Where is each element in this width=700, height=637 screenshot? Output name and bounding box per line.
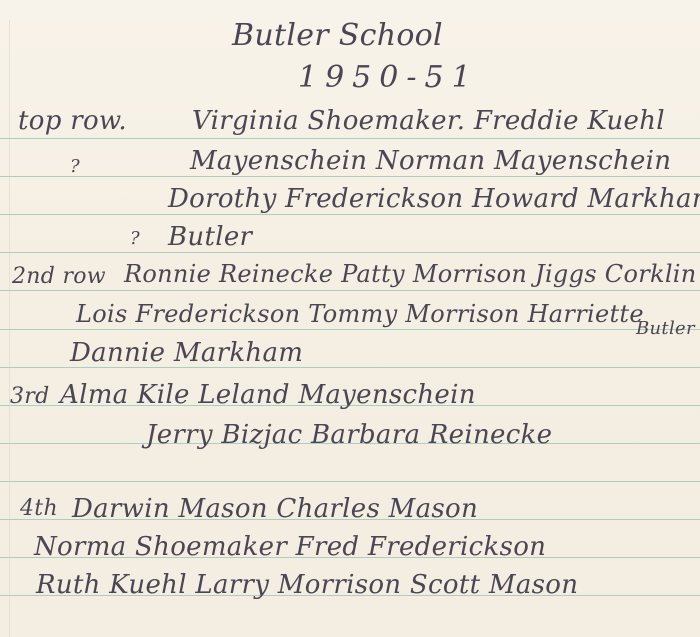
unknown-mark: ? [70, 156, 80, 177]
name-line: Norma Shoemaker Fred Frederickson [34, 532, 546, 562]
row-label-3rd: 3rd [10, 384, 50, 409]
row-label-2nd: 2nd row [12, 264, 106, 289]
document-title: Butler School [232, 18, 443, 53]
margin-annotation: Butler [636, 318, 695, 339]
name-line: Alma Kile Leland Mayenschein [60, 380, 476, 410]
name-line: Butler [168, 222, 252, 252]
school-year: 1950-51 [298, 60, 479, 95]
name-line: Ronnie Reinecke Patty Morrison Jiggs Cor… [124, 260, 697, 288]
unknown-mark: ? [130, 228, 140, 249]
ruled-line [0, 481, 700, 482]
name-line: Jerry Bizjac Barbara Reinecke [146, 420, 552, 450]
name-line: Dannie Markham [70, 338, 303, 368]
ruled-line [0, 252, 700, 253]
name-line: Mayenschein Norman Mayenschein [190, 146, 671, 176]
ruled-line [0, 290, 700, 291]
ruled-line [0, 214, 700, 215]
row-label-top: top row. [18, 106, 127, 136]
name-line: Lois Frederickson Tommy Morrison Harriet… [76, 300, 644, 328]
name-line: Ruth Kuehl Larry Morrison Scott Mason [36, 570, 578, 600]
ruled-line [0, 138, 700, 139]
name-line: Virginia Shoemaker. Freddie Kuehl [192, 106, 665, 136]
ruled-line [0, 176, 700, 177]
row-label-4th: 4th [20, 496, 58, 521]
name-line: Dorothy Frederickson Howard Markham [168, 184, 700, 214]
ruled-line [0, 329, 700, 330]
name-line: Darwin Mason Charles Mason [72, 494, 478, 524]
